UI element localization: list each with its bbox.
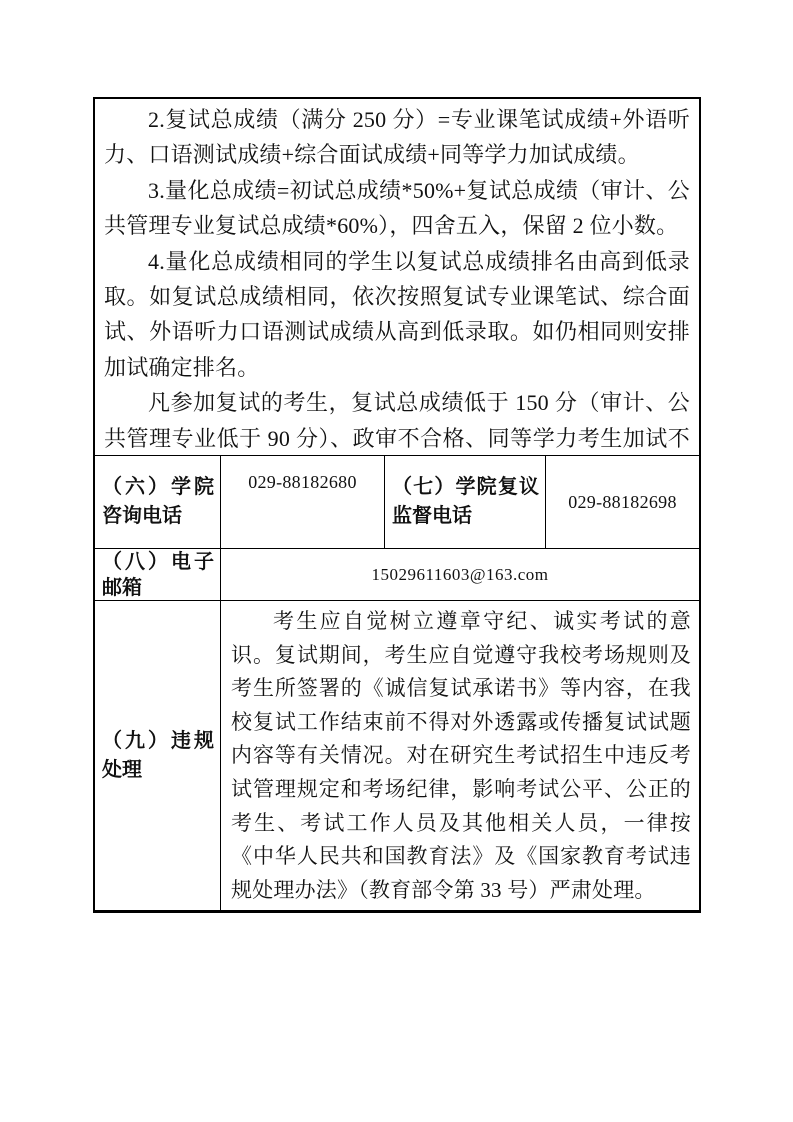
email-label: （八）电子邮箱: [102, 549, 214, 600]
consult-phone-label: （六）学院咨询电话: [102, 473, 214, 531]
rule-paragraph-tie-breaking: 4.量化总成绩相同的学生以复试总成绩排名由高到低录取。如复试总成绩相同，依次按照…: [104, 244, 690, 386]
violation-label: （九）违规处理: [102, 727, 214, 785]
violation-text: 考生应自觉树立遵章守纪、诚实考试的意识。复试期间，考生应自觉遵守我校考场规则及考…: [220, 601, 699, 910]
document-page: 2.复试总成绩（满分 250 分）=专业课笔试成绩+外语听力、口语测试成绩+综合…: [0, 0, 793, 1122]
rule-paragraph-quantified-total: 3.量化总成绩=初试总成绩*50%+复试总成绩（审计、公共管理专业复试总成绩*6…: [104, 173, 690, 244]
review-phone-value: 029-88182698: [545, 456, 699, 548]
rule-paragraph-rejection: 凡参加复试的考生，复试总成绩低于 150 分（审计、公共管理专业低于 90 分）…: [104, 385, 690, 455]
reexam-info-table: 2.复试总成绩（满分 250 分）=专业课笔试成绩+外语听力、口语测试成绩+综合…: [93, 97, 701, 913]
consult-phone-label-cell: （六）学院咨询电话: [95, 456, 220, 548]
violation-row: （九）违规处理 考生应自觉树立遵章守纪、诚实考试的意识。复试期间，考生应自觉遵守…: [95, 600, 699, 910]
scoring-rules-cell: 2.复试总成绩（满分 250 分）=专业课笔试成绩+外语听力、口语测试成绩+综合…: [95, 99, 699, 455]
rule-paragraph-retest-total: 2.复试总成绩（满分 250 分）=专业课笔试成绩+外语听力、口语测试成绩+综合…: [104, 102, 690, 173]
violation-label-cell: （九）违规处理: [95, 601, 220, 910]
email-address: 15029611603@163.com: [220, 549, 699, 600]
email-label-cell: （八）电子邮箱: [95, 549, 220, 600]
review-phone-label-cell: （七）学院复议监督电话: [384, 456, 545, 548]
review-phone-label: （七）学院复议监督电话: [392, 473, 539, 531]
contact-phones-row: （六）学院咨询电话 029-88182680 （七）学院复议监督电话 029-8…: [95, 455, 699, 548]
email-row: （八）电子邮箱 15029611603@163.com: [95, 548, 699, 600]
consult-phone-value: 029-88182680: [220, 456, 384, 548]
